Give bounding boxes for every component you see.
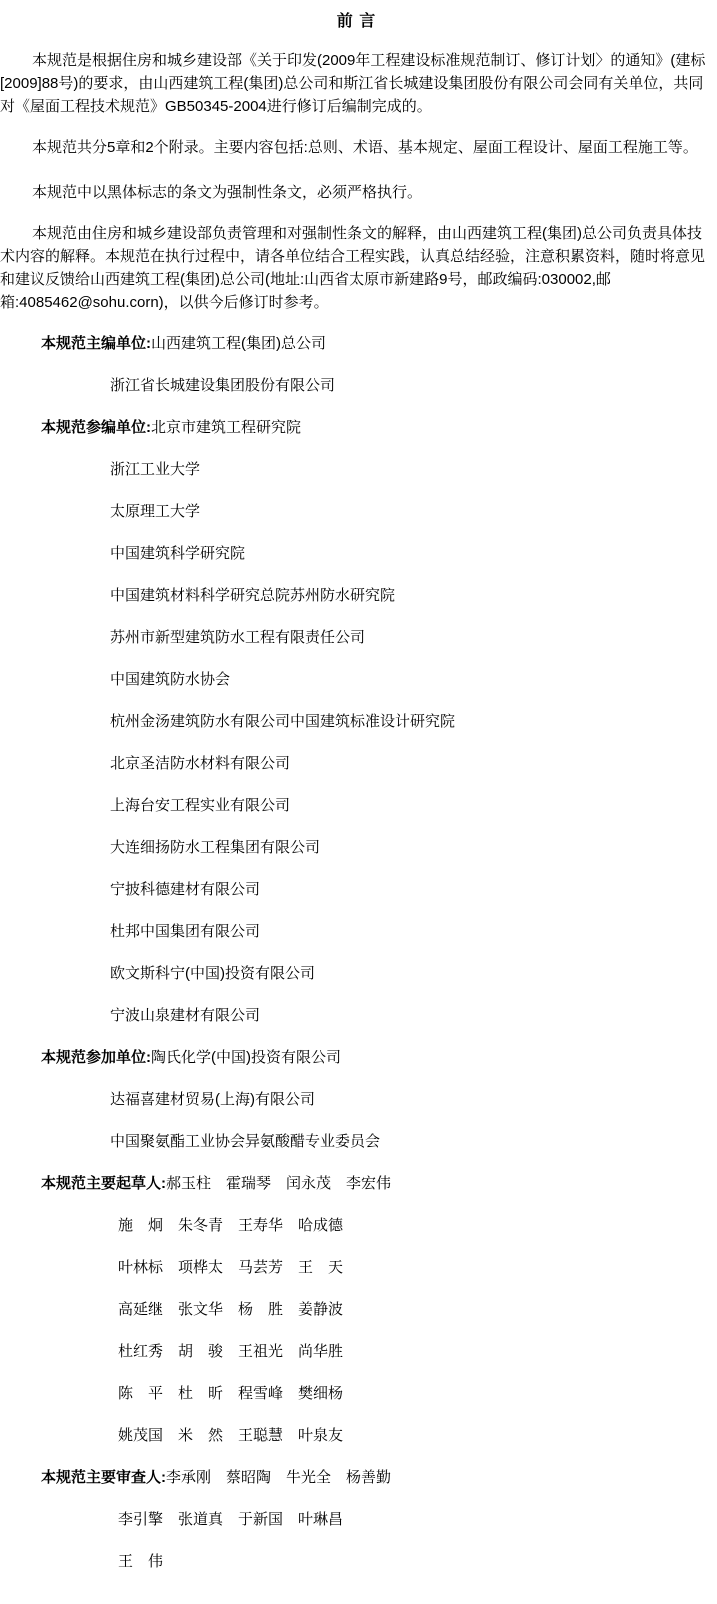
section-value: 李承刚 蔡昭陶 牛光全 杨善勤 — [166, 1469, 391, 1486]
paragraph-contents: 本规范共分5章和2个附录。主要内容包括:总则、术语、基本规定、屋面工程设计、屋面… — [0, 136, 713, 159]
name-list-row: 陈 平 杜 昕 程雪峰 樊细杨 — [118, 1382, 713, 1405]
section-reviewers-row: 本规范主要审查人:李承刚 蔡昭陶 牛光全 杨善勤 — [41, 1466, 713, 1489]
page-title: 前 言 — [0, 8, 713, 31]
list-item: 宁波山泉建材有限公司 — [110, 1004, 713, 1027]
list-item: 苏州市新型建筑防水工程有限责任公司 — [110, 626, 713, 649]
list-item: 浙江工业大学 — [110, 458, 713, 481]
document-page: 前 言 本规范是根据住房和城乡建设部《关于印发(2009年工程建设标准规范制订、… — [0, 0, 717, 1604]
section-value: 陶氏化学(中国)投资有限公司 — [151, 1049, 341, 1066]
section-participant-row: 本规范参加单位:陶氏化学(中国)投资有限公司 — [41, 1046, 713, 1069]
section-label: 本规范参加单位: — [41, 1049, 151, 1066]
paragraph-mandatory: 本规范中以黑体标志的条文为强制性条文，必须严格执行。 — [0, 181, 713, 204]
name-list-row: 王 伟 — [118, 1550, 713, 1573]
list-item: 欧文斯科宁(中国)投资有限公司 — [110, 962, 713, 985]
name-list-row: 施 炯 朱冬青 王寿华 哈成德 — [118, 1214, 713, 1237]
list-item: 杭州金汤建筑防水有限公司中国建筑标准设计研究院 — [110, 710, 713, 733]
list-item: 中国建筑材料科学研究总院苏州防水研究院 — [110, 584, 713, 607]
name-list-row: 叶林标 项桦太 马芸芳 王 天 — [118, 1256, 713, 1279]
section-label: 本规范主要审查人: — [41, 1469, 166, 1486]
name-list-row: 杜红秀 胡 骏 王祖光 尚华胜 — [118, 1340, 713, 1363]
name-list-row: 李引擎 张道真 于新国 叶琳昌 — [118, 1508, 713, 1531]
list-item: 中国建筑科学研究院 — [110, 542, 713, 565]
list-item: 上海台安工程实业有限公司 — [110, 794, 713, 817]
list-item: 杜邦中国集团有限公司 — [110, 920, 713, 943]
list-item: 中国建筑防水协会 — [110, 668, 713, 691]
section-value: 山西建筑工程(集团)总公司 — [151, 335, 326, 352]
section-drafters-row: 本规范主要起草人:郝玉柱 霍瑞琴 闰永茂 李宏伟 — [41, 1172, 713, 1195]
section-co-editor-row: 本规范参编单位:北京市建筑工程研究院 — [41, 416, 713, 439]
list-item: 达福喜建材贸易(上海)有限公司 — [110, 1088, 713, 1111]
name-list-row: 姚茂国 米 然 王聪慧 叶泉友 — [118, 1424, 713, 1447]
section-label: 本规范参编单位: — [41, 419, 151, 436]
list-item: 北京圣洁防水材料有限公司 — [110, 752, 713, 775]
list-item: 中国聚氨酯工业协会异氨酸醋专业委员会 — [110, 1130, 713, 1153]
section-chief-editor-row: 本规范主编单位:山西建筑工程(集团)总公司 — [41, 332, 713, 355]
list-item: 太原理工大学 — [110, 500, 713, 523]
paragraph-intro: 本规范是根据住房和城乡建设部《关于印发(2009年工程建设标准规范制订、修订计划… — [0, 49, 713, 118]
list-item: 浙江省长城建设集团股份有限公司 — [110, 374, 713, 397]
list-item: 宁披科德建材有限公司 — [110, 878, 713, 901]
section-label: 本规范主要起草人: — [41, 1175, 166, 1192]
paragraph-feedback: 本规范由住房和城乡建设部负责管理和对强制性条文的解释，由山西建筑工程(集团)总公… — [0, 222, 713, 314]
section-value: 北京市建筑工程研究院 — [151, 419, 301, 436]
name-list-row: 高延继 张文华 杨 胜 姜静波 — [118, 1298, 713, 1321]
section-value: 郝玉柱 霍瑞琴 闰永茂 李宏伟 — [166, 1175, 391, 1192]
section-label: 本规范主编单位: — [41, 335, 151, 352]
list-item: 大连细扬防水工程集团有限公司 — [110, 836, 713, 859]
